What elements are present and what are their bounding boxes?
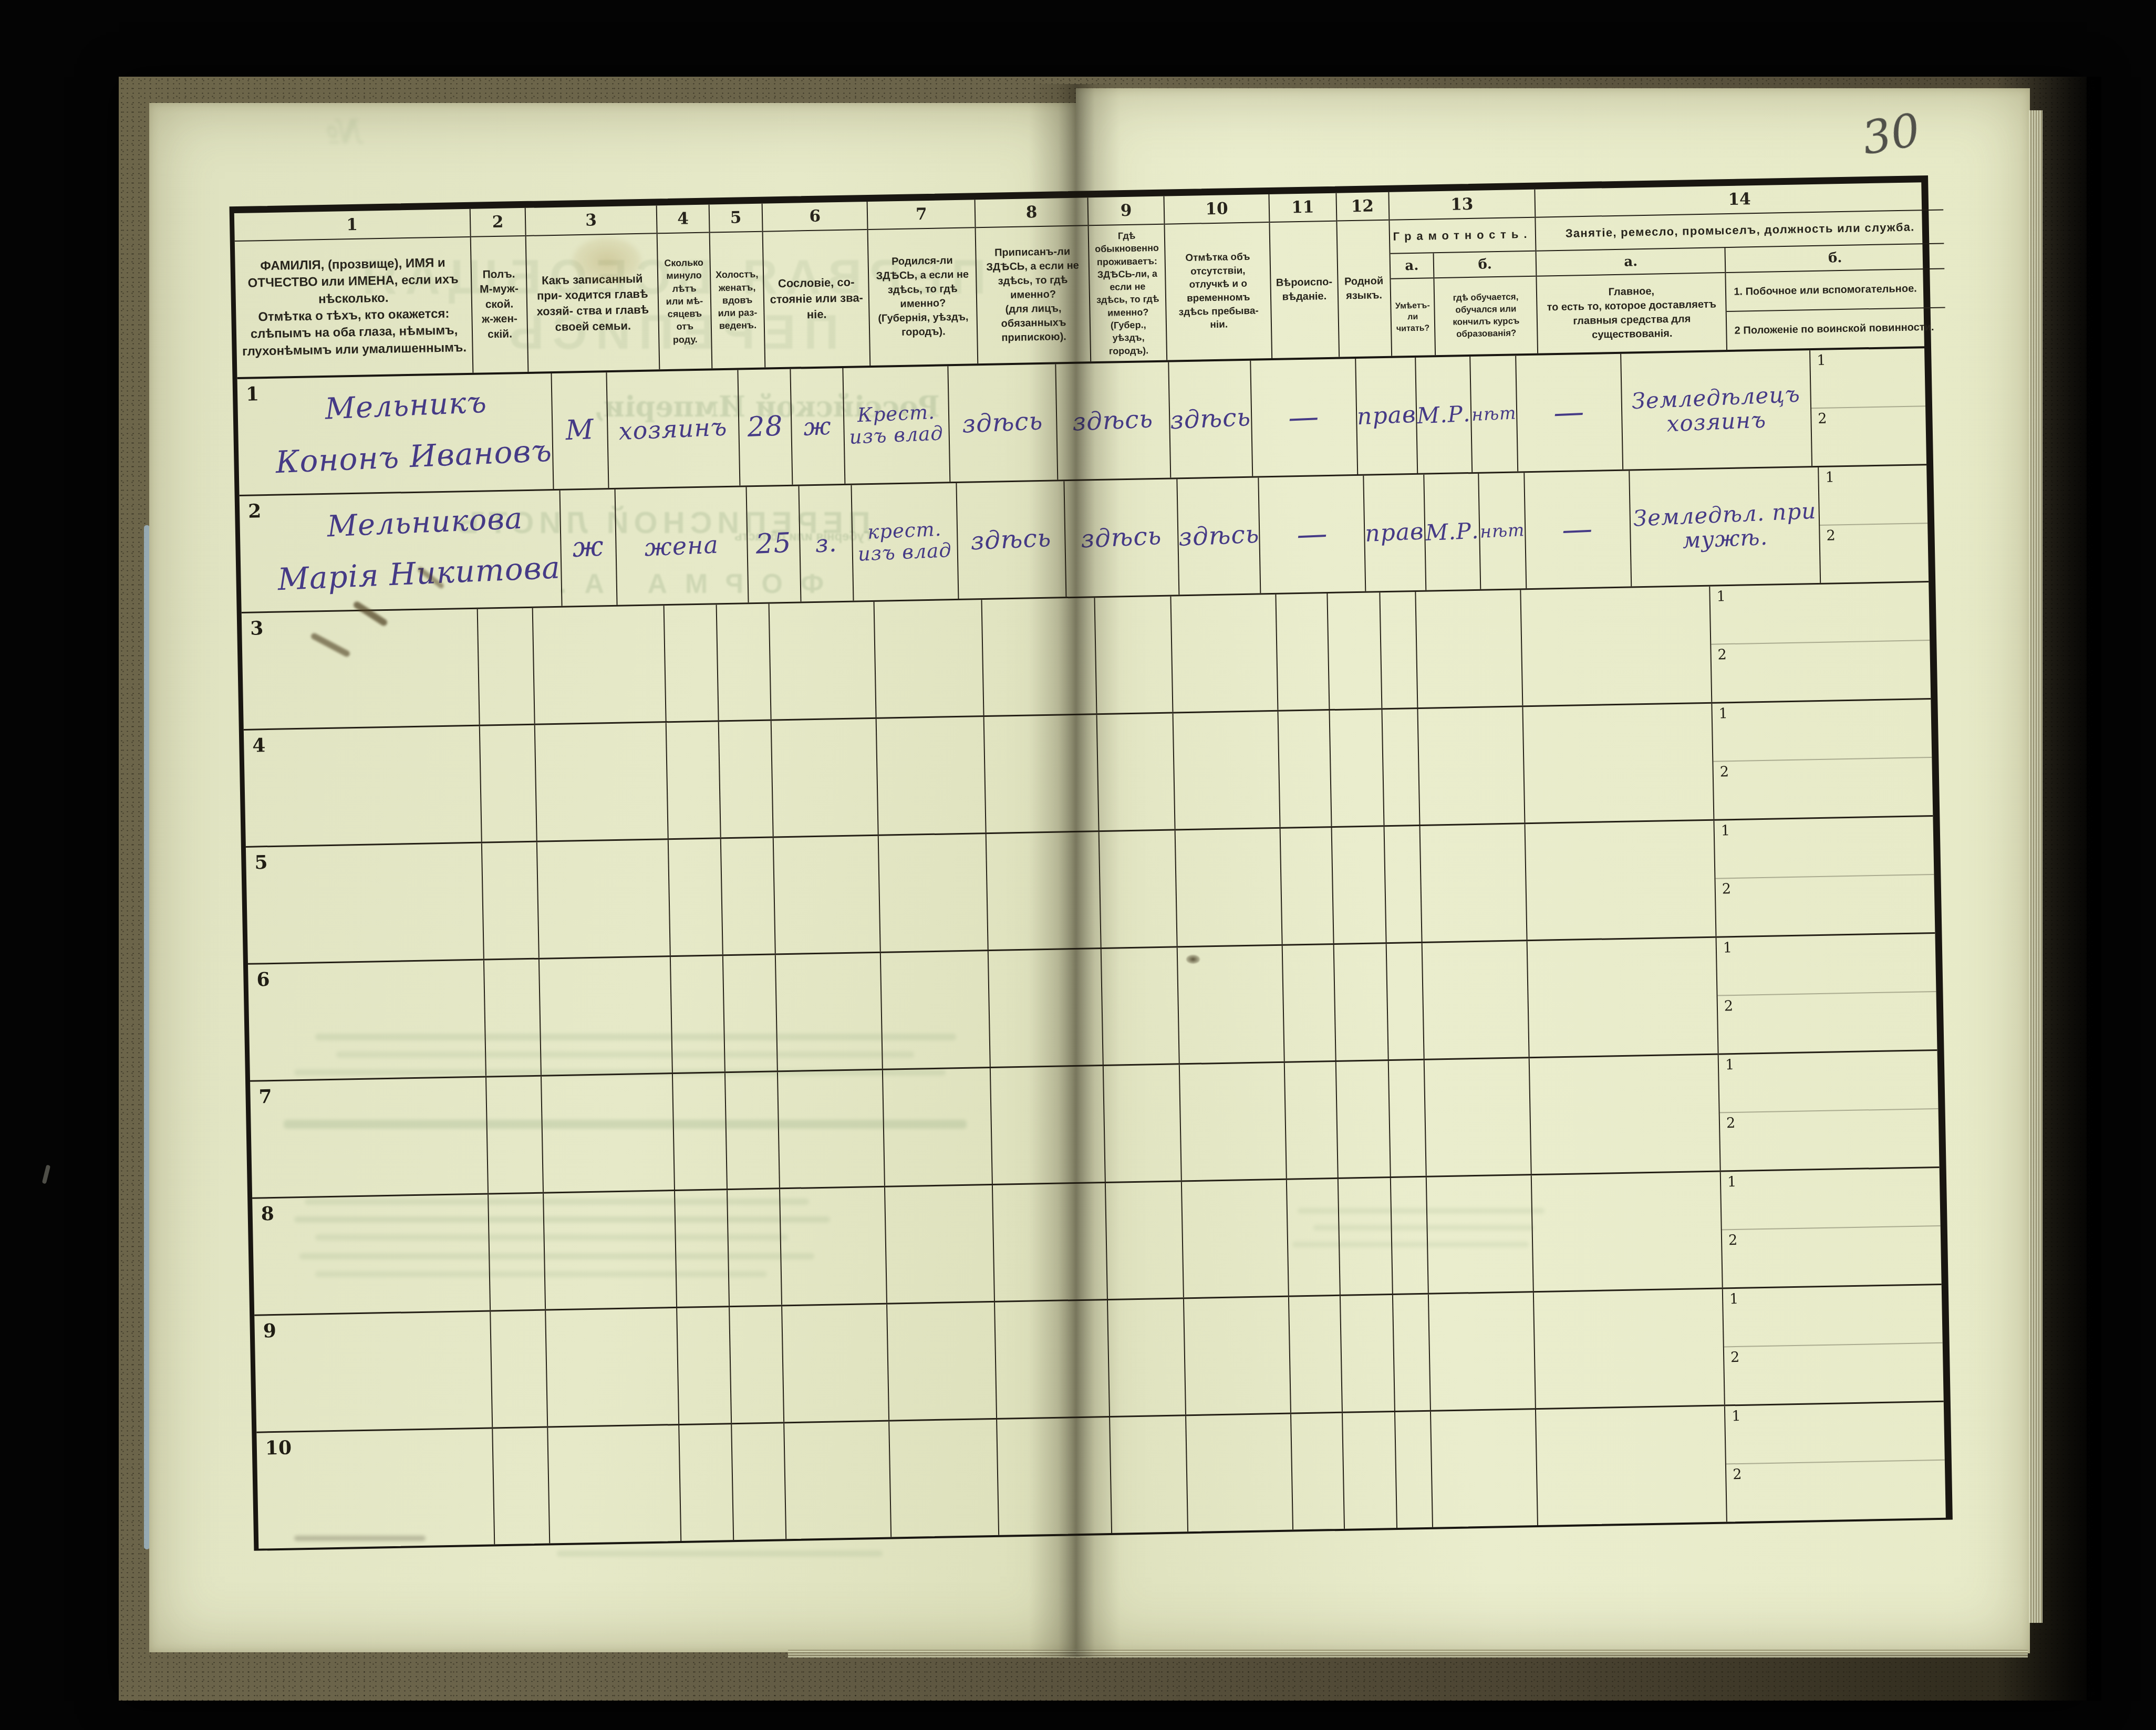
occupation-side-cell: 12 — [1710, 582, 1931, 702]
language-cell — [1336, 1061, 1391, 1177]
birthplace-cell — [885, 1185, 995, 1303]
handwriting-entry: здѣсь — [1169, 404, 1251, 434]
occupation-side-cell: 12 — [1712, 700, 1933, 819]
age-cell: 25 — [747, 486, 801, 602]
estate-cell — [774, 836, 881, 954]
page-stack-right-edge — [2029, 110, 2043, 1623]
literacy-read-cell: нѣт — [1479, 473, 1527, 589]
occupation-main-cell: Земледѣлецъхозяинъ — [1621, 350, 1812, 470]
column-header-registration: 8 Приписанъ-ли ЗДѢСЬ, а если не здѣсь, т… — [976, 197, 1092, 363]
residence-cell — [1097, 713, 1176, 830]
absence-cell: — — [1251, 359, 1358, 476]
literacy-subcolumns: а. Умѣетъ- ли читать? б. гдѣ обучается, … — [1390, 252, 1537, 356]
occupation-side-cell: 12 — [1717, 934, 1937, 1054]
sex-cell — [493, 1428, 550, 1545]
handwriting-entry: — — [1553, 395, 1585, 430]
occupation-main-cell — [1521, 587, 1712, 706]
name-cell: 10 — [256, 1429, 495, 1548]
language-cell — [1332, 827, 1387, 943]
occupation-side-subrow: 2 — [1726, 1461, 1946, 1522]
residence-cell — [1102, 947, 1180, 1065]
age-cell — [671, 956, 725, 1072]
subrow-number: 1 — [1729, 1291, 1739, 1307]
handwriting-entry: хозяинъ — [618, 413, 728, 444]
occupation-side-subrow: 1 — [1723, 1285, 1943, 1348]
age-cell — [675, 1190, 730, 1307]
column-title: Приписанъ-ли ЗДѢСЬ, а если не здѣсь, то … — [976, 226, 1091, 363]
scanned-census-page: ПЕРВАЯ ВСЕОБЩАЯ ПЕРЕПИСЬ Россійской Импе… — [0, 0, 2156, 1730]
subrow-number: 1 — [1723, 940, 1733, 956]
absence-cell — [1178, 946, 1285, 1064]
occupation-side-subrow: 1 — [1712, 700, 1932, 762]
sex-cell: М — [552, 372, 609, 489]
column-header-occupation-group: 14 Занятіе, ремесло, промыселъ, должност… — [1536, 182, 1946, 353]
occupation-main-cell — [1534, 1289, 1725, 1409]
literacy-read-cell — [1380, 592, 1418, 708]
absence-cell — [1171, 595, 1278, 712]
registration-cell — [991, 1066, 1106, 1184]
handwriting-entry: — — [1561, 512, 1594, 547]
occupation-side-subrow: 1 — [1717, 934, 1936, 996]
subrow-number: 1 — [1718, 705, 1728, 722]
subrow-number: 2 — [1717, 647, 1727, 663]
column-number: 11 — [1270, 193, 1336, 223]
literacy-read-cell: нѣт — [1470, 356, 1518, 472]
column-title: Родился-ли ЗДѢСЬ, а если не здѣсь, то гд… — [868, 228, 978, 366]
birthplace-cell: здѣсь — [948, 364, 1058, 482]
literacy-school-cell — [1425, 1058, 1532, 1176]
birthplace-cell — [889, 1420, 999, 1537]
subcolumn-label: б. — [1726, 244, 1945, 273]
handwriting-entry: изъ влад — [857, 540, 952, 565]
occupation-side-cell: 12 — [1719, 1051, 1940, 1171]
registration-cell — [997, 1418, 1112, 1535]
age-cell: 28 — [738, 369, 793, 486]
subrow-number: 1 — [1716, 588, 1726, 605]
subcolumn-occupation-main: а. Главное, то есть то, которое доставля… — [1537, 248, 1727, 353]
occupation-subcolumns: а. Главное, то есть то, которое доставля… — [1537, 244, 1946, 353]
subcolumn-literacy-read: а. Умѣетъ- ли читать? — [1390, 253, 1436, 356]
handwriting-entry: здѣсь — [1178, 521, 1260, 551]
occupation-side-cell: 12 — [1725, 1402, 1946, 1522]
column-number: 8 — [976, 197, 1088, 228]
marital-cell: з. — [799, 485, 854, 602]
subrow-number: 2 — [1730, 1349, 1740, 1366]
handwriting-entry: прав — [1365, 519, 1425, 547]
occupation-side-subrow: 1 — [1725, 1402, 1945, 1465]
handwriting-entry: М — [565, 415, 595, 446]
occupation-side-subrow: 1 — [1710, 582, 1930, 645]
handwriting-surname: Мельникова — [326, 503, 523, 543]
relation-cell — [537, 840, 671, 958]
column-header-literacy-group: 13 Грамотность. а. Умѣетъ- ли читать? б.… — [1389, 190, 1539, 356]
residence-cell — [1095, 597, 1173, 714]
religion-cell: прав — [1356, 358, 1418, 474]
row-number: 5 — [254, 851, 268, 873]
column-header-marital: 5 Холостъ, женатъ, вдовъ или раз- веденъ… — [710, 204, 766, 369]
row-number: 3 — [250, 617, 264, 639]
relation-cell — [546, 1308, 679, 1426]
relation-cell — [533, 606, 667, 724]
name-cell: 3 — [242, 609, 480, 729]
subrow-number: 2 — [1724, 998, 1734, 1014]
table-header: 1 ФАМИЛІЯ, (прозвище), ИМЯ и ОТЧЕСТВО ил… — [234, 182, 1924, 379]
religion-cell — [1285, 1062, 1339, 1179]
occupation-side-subrow: 1 — [1714, 817, 1934, 879]
name-cell: 6 — [248, 961, 486, 1080]
literacy-school-cell: — — [1525, 471, 1632, 588]
religion-cell — [1291, 1413, 1345, 1530]
absence-cell — [1186, 1414, 1293, 1532]
occupation-side-cell: 12 — [1714, 817, 1935, 936]
occupation-side-subrow: 2 — [1820, 524, 1929, 583]
relation-cell — [544, 1191, 677, 1309]
handwriting-entry: жена — [644, 531, 719, 561]
relation-cell — [540, 957, 673, 1075]
column-number: 13 — [1389, 190, 1535, 221]
relation-cell: хозяинъ — [607, 370, 740, 488]
occupation-main-cell — [1528, 938, 1719, 1057]
handwriting-entry: здѣсь — [1072, 405, 1154, 436]
language-cell — [1334, 944, 1389, 1060]
subcolumn-label: а. — [1390, 253, 1434, 279]
column-header-sex: 2 Полъ. М-муж-ской. ж-жен-скій. — [471, 208, 529, 373]
relation-cell: жена — [615, 487, 749, 605]
occupation-side-cell: 12 — [1819, 465, 1929, 583]
subrow-number: 2 — [1722, 881, 1732, 897]
age-cell — [677, 1307, 732, 1424]
literacy-school-cell — [1429, 1293, 1536, 1410]
occupation-main-cell: Земледѣл. примужѣ. — [1630, 467, 1821, 587]
language-cell — [1330, 710, 1384, 826]
literacy-read-cell — [1389, 1060, 1427, 1176]
name-cell: 1МельникъКононъ Ивановъ — [237, 373, 554, 495]
occupation-main-cell — [1532, 1172, 1723, 1291]
handwriting-entry: з. — [814, 529, 837, 557]
marital-cell — [725, 1072, 780, 1189]
residence-cell — [1108, 1299, 1186, 1416]
occupation-side-subrow: 2 — [1811, 407, 1926, 466]
language-cell — [1343, 1412, 1397, 1529]
column-number: 6 — [763, 202, 867, 232]
religion-cell — [1289, 1296, 1343, 1413]
literacy-school-cell — [1416, 590, 1523, 707]
column-header-residence: 9 Гдѣ обыкновенно проживаетъ: ЗДѢСЬ-ли, … — [1089, 196, 1168, 362]
row-number: 1 — [246, 383, 260, 405]
residence-cell — [1100, 830, 1178, 947]
handwriting-entry: ж — [572, 532, 604, 564]
column-title: Полъ. М-муж-ской. ж-жен-скій. — [471, 236, 528, 373]
age-cell — [667, 722, 721, 838]
subrow-number: 1 — [1817, 352, 1826, 369]
row-number: 10 — [265, 1436, 292, 1459]
name-cell: 9 — [254, 1311, 493, 1431]
residence-cell — [1110, 1416, 1188, 1533]
handwriting-entry: ж — [803, 412, 832, 440]
religion-cell: прав — [1364, 475, 1426, 591]
subrow-number: 1 — [1725, 1057, 1735, 1073]
row-number: 2 — [248, 500, 262, 522]
subcolumn-title: Умѣетъ- ли читать? — [1391, 278, 1435, 356]
subcolumn-title: 1. Побочное или вспомогательное. 2 Полож… — [1726, 269, 1946, 350]
birthplace-cell — [883, 1068, 993, 1186]
subrow-number: 2 — [1818, 411, 1827, 427]
marital-cell — [719, 721, 774, 838]
subcolumn-label: а. — [1537, 248, 1725, 277]
handwriting-entry: М.Р. — [1425, 518, 1479, 545]
name-cell: 5 — [246, 843, 484, 963]
column-title: Какъ записанный при- ходится главѣ хозяй… — [526, 234, 659, 372]
marital-cell — [723, 955, 778, 1071]
relation-cell — [548, 1425, 681, 1544]
column-header-absence: 10 Отмѣтка объ отсутствіи, отлучкѣ и о в… — [1165, 194, 1273, 360]
column-header-birthplace: 7 Родился-ли ЗДѢСЬ, а если не здѣсь, то … — [868, 200, 979, 366]
marital-cell — [730, 1306, 784, 1423]
handwriting-entry: здѣсь — [1081, 523, 1163, 553]
language-cell — [1341, 1295, 1395, 1412]
absence-cell: — — [1259, 476, 1366, 593]
subrow-number: 2 — [1826, 527, 1836, 544]
occupation-side-subrow: 1 — [1721, 1168, 1941, 1231]
registration-cell — [982, 598, 1097, 715]
subrow-number: 2 — [1726, 1115, 1736, 1131]
marital-cell — [717, 604, 772, 721]
column-header-age: 4 Сколько минуло лѣтъ или мѣ- сяцевъ отъ… — [657, 205, 713, 370]
row-number: 4 — [252, 734, 266, 756]
occupation-side-subrow: 1 — [1719, 1051, 1939, 1113]
literacy-school-cell: — — [1516, 354, 1623, 472]
sex-cell — [486, 1077, 544, 1193]
census-form-table: 1 ФАМИЛІЯ, (прозвище), ИМЯ и ОТЧЕСТВО ил… — [230, 175, 1953, 1551]
subcolumn-title: гдѣ обучается, обучался или кончилъ курс… — [1435, 277, 1538, 356]
column-title: Сколько минуло лѣтъ или мѣ- сяцевъ отъ р… — [658, 233, 712, 370]
column-title: ФАМИЛІЯ, (прозвище), ИМЯ и ОТЧЕСТВО или … — [235, 237, 473, 377]
group-title: Грамотность. — [1390, 218, 1536, 254]
absence-cell — [1180, 1063, 1287, 1181]
name-cell: 4 — [244, 726, 482, 846]
name-cell: 7 — [250, 1078, 489, 1197]
subrow-number: 2 — [1728, 1232, 1738, 1248]
relation-cell — [535, 723, 669, 841]
handwriting-entry: изъ влад — [849, 423, 944, 448]
column-title: Родной языкъ. — [1337, 221, 1391, 357]
estate-cell — [780, 1187, 887, 1305]
residence-cell — [1106, 1182, 1184, 1299]
column-header-estate: 6 Сословіе, со- стояніе или зва- ніе. — [763, 202, 871, 368]
absence-cell — [1182, 1180, 1289, 1298]
residence-cell — [1104, 1065, 1182, 1182]
handwriting-entry: хозяинъ — [1666, 408, 1767, 436]
sex-cell — [491, 1311, 548, 1427]
registration-cell: здѣсь — [1064, 479, 1179, 597]
handwriting-entry: — — [1296, 517, 1329, 551]
page-number-pencil: 30 — [1858, 103, 1924, 165]
occupation-side-item-1: 1. Побочное или вспомогательное. — [1726, 269, 1945, 312]
column-header-religion: 11 Вѣроиспо- вѣданіе. — [1270, 193, 1340, 358]
sex-cell — [480, 725, 537, 842]
estate-cell — [770, 602, 877, 720]
sex-cell: ж — [560, 489, 617, 606]
estate-cell — [776, 953, 883, 1071]
occupation-side-subrow: 2 — [1715, 875, 1935, 936]
row-number: 9 — [263, 1320, 276, 1342]
absence-cell — [1176, 829, 1283, 946]
occupation-main-cell — [1530, 1055, 1721, 1174]
column-header-names: 1 ФАМИЛІЯ, (прозвище), ИМЯ и ОТЧЕСТВО ил… — [234, 209, 474, 377]
occupation-side-cell: 12 — [1721, 1168, 1942, 1288]
subcolumn-title: Главное, то есть то, которое доставляетъ… — [1537, 273, 1727, 353]
column-number: 9 — [1089, 196, 1164, 226]
estate-cell: Крест.изъ влад — [843, 366, 950, 484]
sex-cell — [478, 608, 535, 725]
handwriting-given-name: Марія Никитова — [277, 551, 561, 597]
age-cell — [665, 605, 719, 721]
birthplace-cell — [877, 717, 987, 835]
occupation-side-subrow: 2 — [1711, 641, 1931, 702]
occupation-side-item-2: 2 Положеніе по воинской повинности. — [1727, 308, 1946, 350]
handwriting-entry: здѣсь — [970, 525, 1052, 555]
registration-cell — [993, 1183, 1108, 1301]
literacy-school-cell — [1418, 707, 1525, 825]
handwriting-entry: нѣт — [1471, 403, 1517, 424]
estate-cell: крест.изъ влад — [852, 483, 959, 601]
column-header-language: 12 Родной языкъ. — [1336, 192, 1392, 357]
occupation-side-subrow: 1 — [1819, 465, 1927, 526]
literacy-read-cell — [1385, 826, 1423, 942]
occupation-side-subrow: 2 — [1724, 1343, 1944, 1405]
edge-mark — [42, 1165, 50, 1184]
occupation-side-subrow: 2 — [1720, 1109, 1940, 1171]
literacy-school-cell — [1427, 1175, 1534, 1293]
subrow-number: 1 — [1825, 469, 1834, 485]
age-cell — [673, 1073, 728, 1190]
registration-cell — [984, 715, 1100, 832]
subrow-number: 2 — [1733, 1466, 1742, 1483]
birthplace-cell — [879, 834, 989, 952]
registration-cell — [987, 832, 1102, 950]
column-number: 12 — [1336, 192, 1388, 222]
literacy-read-cell — [1382, 709, 1420, 825]
absence-cell — [1184, 1297, 1291, 1415]
occupation-side-cell: 12 — [1723, 1285, 1944, 1405]
column-header-relation: 3 Какъ записанный при- ходится главѣ хоз… — [526, 205, 660, 372]
subcolumn-literacy-school: б. гдѣ обучается, обучался или кончилъ к… — [1434, 252, 1538, 356]
handwriting-surname: Мельникъ — [324, 387, 488, 426]
residence-cell: здѣсь — [1169, 361, 1253, 478]
birthplace-cell: здѣсь — [957, 481, 1066, 599]
estate-cell — [778, 1070, 885, 1188]
column-number: 5 — [710, 204, 762, 233]
religion-cell — [1281, 828, 1334, 944]
handwriting-entry: 25 — [755, 528, 792, 560]
occupation-side-subrow: 2 — [1722, 1226, 1942, 1288]
column-title: Вѣроиспо- вѣданіе. — [1270, 222, 1339, 358]
occupation-main-cell — [1536, 1406, 1727, 1525]
row-number: 7 — [258, 1086, 272, 1108]
row-number: 6 — [256, 968, 270, 991]
handwriting-entry: прав — [1356, 402, 1416, 430]
marital-cell — [732, 1423, 786, 1540]
handwriting-entry: здѣсь — [962, 408, 1044, 438]
registration-cell: здѣсь — [1056, 362, 1171, 480]
column-title: Холостъ, женатъ, вдовъ или раз- веденъ. — [710, 232, 765, 369]
birthplace-cell — [875, 600, 984, 717]
subrow-number: 1 — [1727, 1174, 1737, 1190]
language-cell: М.Р. — [1416, 357, 1473, 473]
sex-cell — [484, 960, 542, 1076]
relation-cell — [542, 1074, 675, 1192]
column-title: Отмѣтка объ отсутствіи, отлучкѣ и о врем… — [1165, 223, 1272, 360]
absence-cell — [1174, 712, 1281, 829]
age-cell — [669, 839, 723, 955]
column-number: 1 — [234, 209, 470, 242]
column-number: 2 — [471, 208, 525, 237]
subrow-number: 1 — [1732, 1408, 1741, 1424]
age-cell — [679, 1424, 734, 1541]
literacy-school-cell — [1421, 824, 1528, 942]
registration-cell — [995, 1300, 1110, 1418]
religion-cell — [1287, 1179, 1341, 1296]
column-number: 10 — [1165, 194, 1269, 225]
literacy-school-cell — [1431, 1410, 1538, 1527]
estate-cell — [782, 1305, 889, 1422]
language-cell: М.Р. — [1424, 474, 1481, 590]
residence-cell: здѣсь — [1177, 477, 1261, 595]
occupation-main-cell — [1526, 821, 1717, 940]
occupation-main-cell — [1523, 704, 1714, 823]
column-number: 3 — [526, 205, 657, 236]
subcolumn-occupation-side: б. 1. Побочное или вспомогательное. 2 По… — [1726, 244, 1946, 350]
literacy-school-cell — [1423, 941, 1530, 1059]
column-number: 7 — [868, 200, 975, 230]
occupation-side-subrow: 1 — [1810, 348, 1925, 409]
handwriting-entry: 28 — [747, 412, 784, 443]
sex-cell — [489, 1194, 546, 1310]
estate-cell — [784, 1422, 892, 1539]
subrow-number: 1 — [1721, 822, 1730, 839]
occupation-side-subrow: 2 — [1718, 992, 1937, 1054]
marital-cell: ж — [791, 368, 845, 485]
column-number: 4 — [657, 205, 709, 234]
handwriting-given-name: Кононъ Ивановъ — [275, 434, 553, 479]
handwriting-entry: мужѣ. — [1682, 525, 1768, 553]
occupation-side-cell: 12 — [1810, 348, 1926, 466]
occupation-side-subrow: 2 — [1713, 758, 1933, 819]
table-body: 1МельникъКононъ ИвановъМхозяинъ28жКрест.… — [237, 348, 1946, 1548]
literacy-read-cell — [1391, 1177, 1429, 1294]
column-title: Сословіе, со- стояніе или зва- ніе. — [763, 230, 870, 368]
column-title: Гдѣ обыкновенно проживаетъ: ЗДѢСЬ-ли, а … — [1089, 225, 1167, 362]
handwriting-entry: — — [1288, 400, 1320, 435]
name-cell: 8 — [252, 1195, 491, 1315]
religion-cell — [1283, 945, 1336, 1061]
religion-cell — [1278, 711, 1332, 827]
language-cell — [1339, 1178, 1393, 1295]
handwriting-entry: нѣт — [1479, 520, 1525, 541]
subcolumn-label: б. — [1434, 252, 1536, 279]
name-cell: 2МельниковаМарія Никитова — [240, 491, 563, 612]
literacy-read-cell — [1387, 943, 1425, 1059]
sex-cell — [482, 842, 540, 959]
birthplace-cell — [887, 1302, 997, 1420]
literacy-read-cell — [1395, 1412, 1433, 1528]
birthplace-cell — [881, 951, 991, 1069]
marital-cell — [721, 838, 776, 954]
marital-cell — [728, 1189, 782, 1306]
row-number: 8 — [261, 1203, 274, 1225]
language-cell — [1328, 592, 1382, 709]
literacy-read-cell — [1393, 1295, 1431, 1411]
